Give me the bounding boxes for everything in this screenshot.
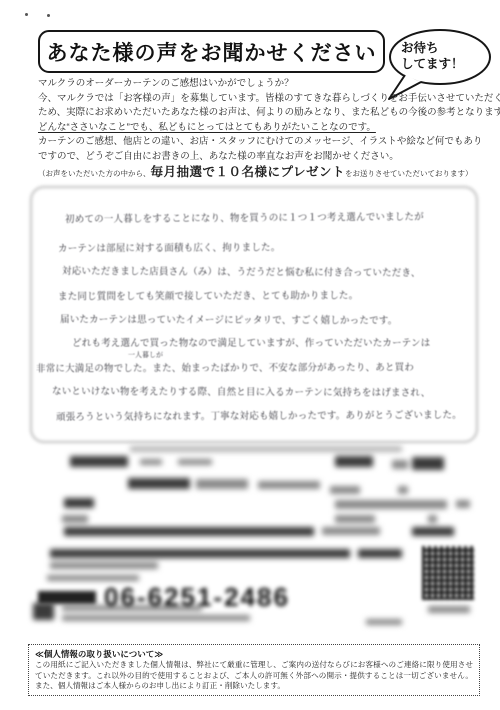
redacted-bar xyxy=(50,562,158,569)
redacted-bar xyxy=(366,619,402,625)
redacted-bar xyxy=(428,606,470,613)
redacted-bar xyxy=(50,549,350,558)
privacy-policy-title: ≪個人情報の取り扱いについて≫ xyxy=(35,648,473,660)
qr-code xyxy=(422,546,474,600)
shop-phone-number: 06-6251-2486 xyxy=(104,582,290,613)
shop-phone-row: 06-6251-2486 xyxy=(38,580,398,614)
redacted-bar xyxy=(358,549,402,558)
redacted-bar xyxy=(62,615,250,621)
scanned-feedback-sheet: { "header": { "title": "あなた様の声をお聞かせください"… xyxy=(0,0,500,710)
redacted-phone-label xyxy=(38,591,96,604)
privacy-policy-box: ≪個人情報の取り扱いについて≫ この用紙にご記入いただきました個人情報は、弊社に… xyxy=(28,644,480,696)
privacy-policy-body: この用紙にご記入いただきました個人情報は、弊社にて厳重に管理し、ご案内の送付なら… xyxy=(35,660,473,692)
